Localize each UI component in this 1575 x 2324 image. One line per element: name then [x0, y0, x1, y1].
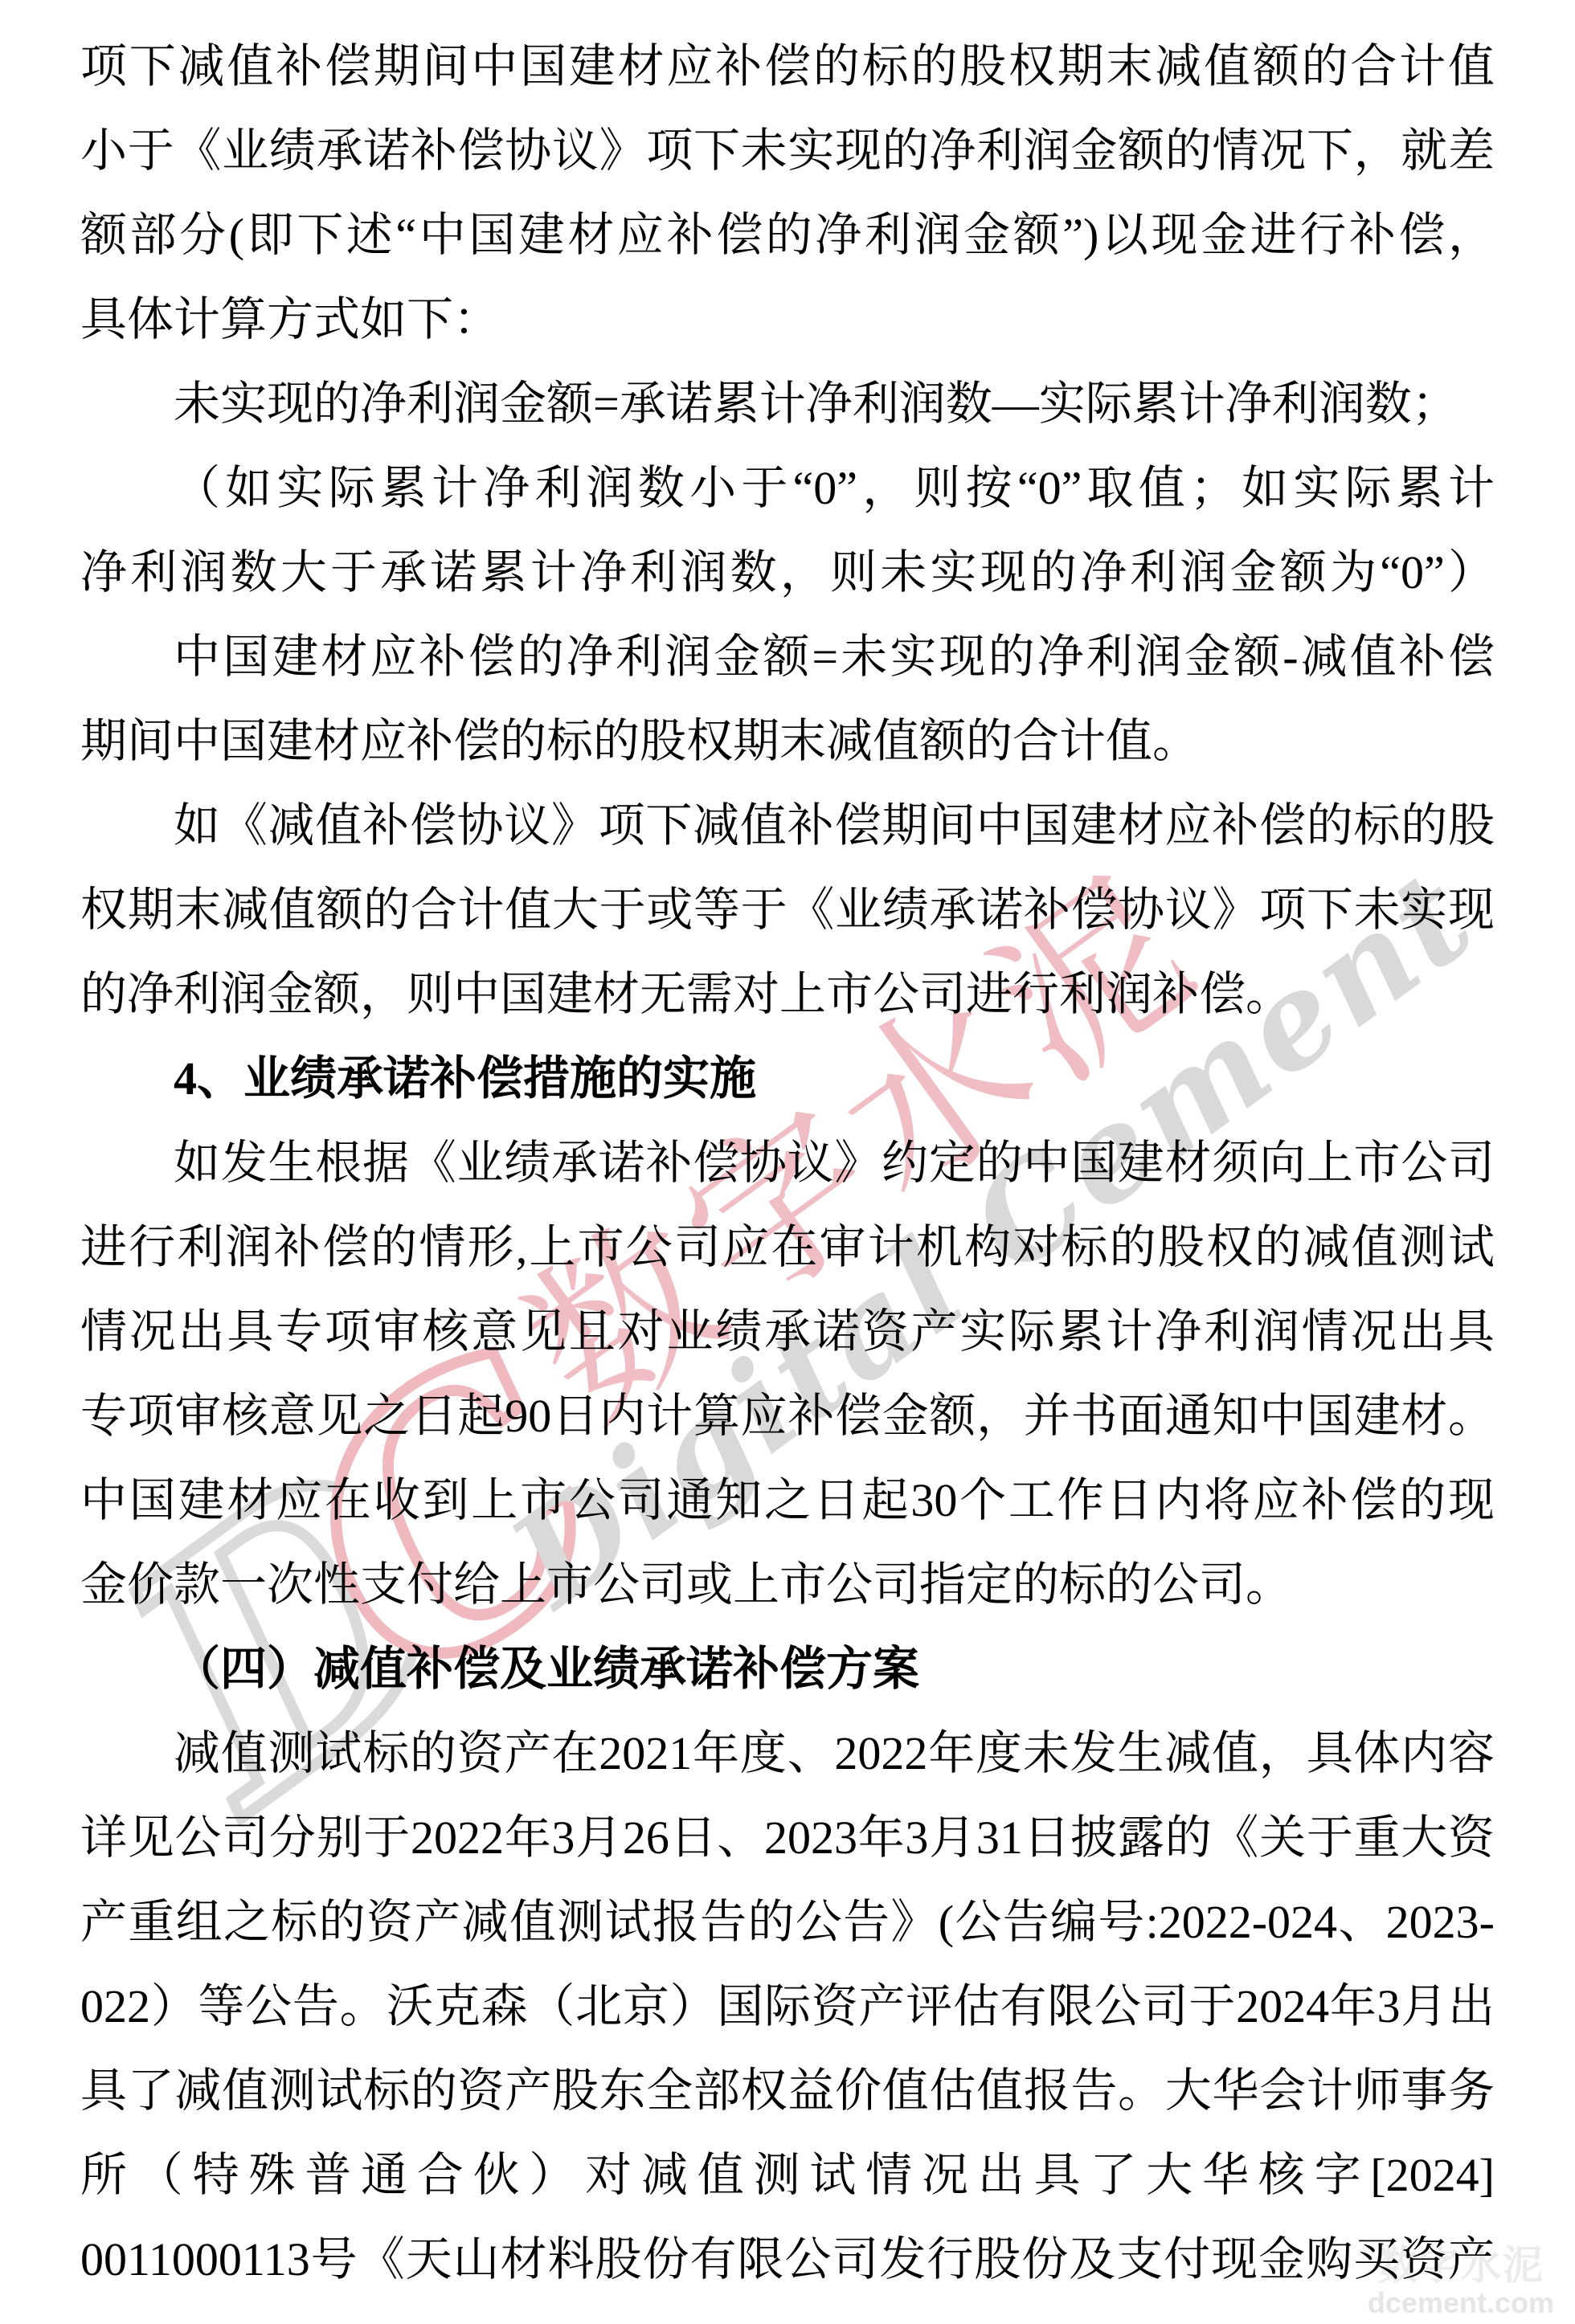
text-line: 如发生根据《业绩承诺补偿协议》约定的中国建材须向上市公司 — [80, 1121, 1495, 1205]
text-line: 金价款一次性支付给上市公司或上市公司指定的标的公司。 — [80, 1542, 1495, 1627]
section-heading: 4、业绩承诺补偿措施的实施 — [80, 1036, 1495, 1121]
text-line: 进行利润补偿的情形,上市公司应在审计机构对标的股权的减值测试 — [80, 1205, 1495, 1289]
document-page: DC 数字水泥 Digital Cement 数字水泥 dcement.com … — [0, 0, 1575, 2324]
text-line: 情况出具专项审核意见且对业绩承诺资产实际累计净利润情况出具 — [80, 1289, 1495, 1374]
text-line: 小于《业绩承诺补偿协议》项下未实现的净利润金额的情况下，就差 — [80, 108, 1495, 193]
text-line: 具了减值测试标的资产股东全部权益价值估值报告。大华会计师事务 — [80, 2048, 1495, 2133]
text-line: 所（特殊普通合伙）对减值测试情况出具了大华核字[2024] — [80, 2133, 1495, 2217]
document-text: 项下减值补偿期间中国建材应补偿的标的股权期末减值额的合计值小于《业绩承诺补偿协议… — [80, 24, 1495, 2302]
text-line: 中国建材应在收到上市公司通知之日起30个工作日内将应补偿的现 — [80, 1458, 1495, 1542]
section-heading: （四）减值补偿及业绩承诺补偿方案 — [80, 1627, 1495, 1711]
text-line: 022）等公告。沃克森（北京）国际资产评估有限公司于2024年3月出 — [80, 1964, 1495, 2048]
text-line: 详见公司分别于2022年3月26日、2023年3月31日披露的《关于重大资 — [80, 1795, 1495, 1880]
text-line: 具体计算方式如下： — [80, 277, 1495, 361]
text-line: 项下减值补偿期间中国建材应补偿的标的股权期末减值额的合计值 — [80, 24, 1495, 108]
text-line: 减值测试标的资产在2021年度、2022年度未发生减值，具体内容 — [80, 1711, 1495, 1795]
text-line: 中国建材应补偿的净利润金额=未实现的净利润金额-减值补偿 — [80, 615, 1495, 699]
text-line: 的净利润金额，则中国建材无需对上市公司进行利润补偿。 — [80, 952, 1495, 1036]
text-line: 未实现的净利润金额=承诺累计净利润数—实际累计净利润数； — [80, 361, 1495, 446]
text-line: 权期末减值额的合计值大于或等于《业绩承诺补偿协议》项下未实现 — [80, 868, 1495, 952]
text-line: 额部分(即下述“中国建材应补偿的净利润金额”)以现金进行补偿， — [80, 193, 1495, 277]
text-line: （如实际累计净利润数小于“0”，则按“0”取值；如实际累计 — [80, 446, 1495, 530]
text-line: 期间中国建材应补偿的标的股权期末减值额的合计值。 — [80, 699, 1495, 783]
text-line: 产重组之标的资产减值测试报告的公告》(公告编号:2022-024、2023- — [80, 1880, 1495, 1964]
text-line: 0011000113号《天山材料股份有限公司发行股份及支付现金购买资产 — [80, 2217, 1495, 2302]
text-line: 如《减值补偿协议》项下减值补偿期间中国建材应补偿的标的股 — [80, 783, 1495, 868]
text-line: 专项审核意见之日起90日内计算应补偿金额，并书面通知中国建材。 — [80, 1374, 1495, 1458]
text-line: 净利润数大于承诺累计净利润数，则未实现的净利润金额为“0”） — [80, 530, 1495, 615]
